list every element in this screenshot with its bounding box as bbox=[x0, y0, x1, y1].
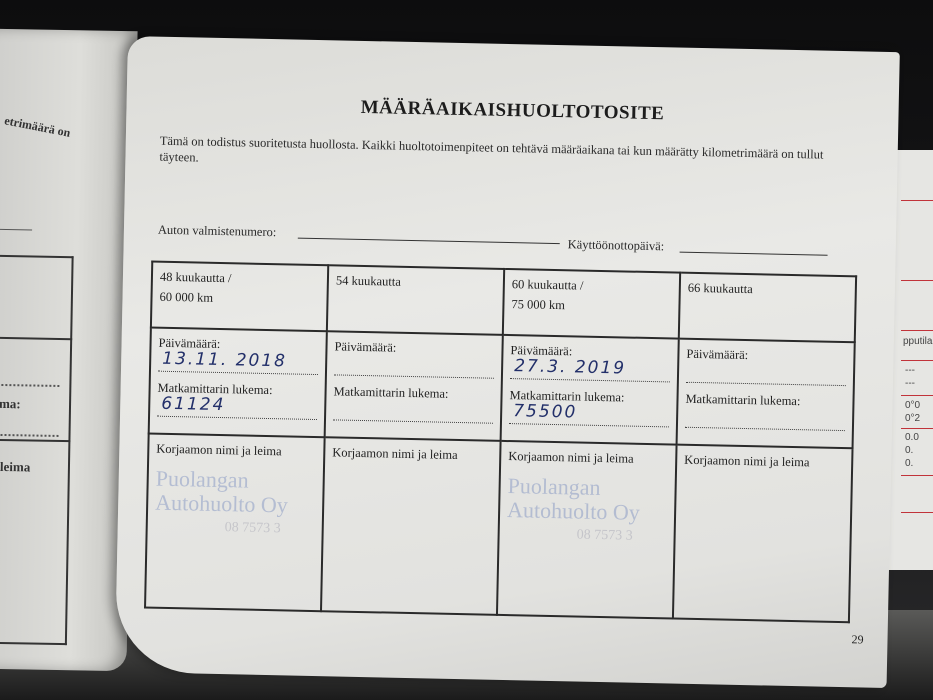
edge-text: 0.0 bbox=[905, 432, 919, 443]
workshop-stamp: Puolangan Autohuolto Oy 08 7573 3 bbox=[506, 474, 667, 549]
interval-cell: 54 kuukautta bbox=[327, 265, 504, 335]
edge-text: pputila bbox=[903, 336, 932, 347]
interval-km bbox=[688, 300, 848, 303]
workshop-label: Korjaamon nimi ja leima bbox=[156, 441, 316, 460]
edge-text: 0. bbox=[905, 445, 913, 456]
stamp-phone: 08 7573 3 bbox=[506, 522, 666, 549]
edge-text: --- bbox=[905, 365, 915, 376]
interval-text: 54 kuukautta bbox=[336, 272, 496, 291]
page-number: 29 bbox=[851, 632, 863, 647]
workshop-cell[interactable]: Korjaamon nimi ja leima Puolangan Autohu… bbox=[497, 441, 677, 619]
workshop-label: Korjaamon nimi ja leima bbox=[332, 444, 492, 463]
intro-text: Tämä on todistus suoritetusta huollosta.… bbox=[159, 133, 860, 180]
left-page-fragment: ma: bbox=[0, 396, 21, 412]
interval-cell: 48 kuukautta / 60 000 km bbox=[151, 262, 328, 332]
red-rule bbox=[901, 428, 933, 429]
interval-cell: 66 kuukautta bbox=[679, 273, 856, 343]
red-rule bbox=[901, 475, 933, 476]
red-rule bbox=[901, 512, 933, 513]
stamp-phone: 08 7573 3 bbox=[154, 515, 314, 542]
workshop-stamp: Puolangan Autohuolto Oy 08 7573 3 bbox=[154, 467, 315, 542]
service-booklet-page: MÄÄRÄAIKAISHUOLTOTOSITE Tämä on todistus… bbox=[115, 36, 900, 688]
interval-km: 60 000 km bbox=[159, 289, 319, 308]
record-cell: Päivämäärä: Matkamittarin lukema: bbox=[325, 331, 503, 441]
red-rule bbox=[901, 200, 933, 201]
edge-text: --- bbox=[905, 378, 915, 389]
red-rule bbox=[901, 395, 933, 396]
record-cell: Päivämäärä: Matkamittarin lukema: bbox=[677, 339, 855, 449]
vin-field[interactable] bbox=[298, 238, 560, 244]
handwritten-odometer: 75500 bbox=[513, 401, 577, 422]
interval-text: 60 kuukautta / bbox=[512, 276, 672, 295]
interval-km bbox=[336, 292, 496, 295]
odometer-field[interactable]: 75500 bbox=[509, 403, 669, 427]
edge-text: 0°2 bbox=[905, 413, 920, 424]
date-field[interactable] bbox=[686, 362, 846, 386]
left-page-fragment: leima bbox=[0, 459, 30, 476]
handwritten-date: 13.11. 2018 bbox=[162, 349, 287, 372]
workshop-label: Korjaamon nimi ja leima bbox=[684, 452, 844, 471]
date-field[interactable]: 13.11. 2018 bbox=[158, 351, 318, 375]
interval-text: 66 kuukautta bbox=[688, 280, 848, 299]
vin-label: Auton valmistenumero: bbox=[158, 223, 277, 240]
handwritten-odometer: 61124 bbox=[161, 394, 225, 415]
start-date-field[interactable] bbox=[680, 252, 828, 256]
handwritten-date: 27.3. 2019 bbox=[514, 356, 626, 378]
edge-text: 0°0 bbox=[905, 400, 920, 411]
stamp-line: Autohuolto Oy bbox=[155, 491, 315, 518]
interval-km: 75 000 km bbox=[511, 296, 671, 315]
record-cell: Päivämäärä: 27.3. 2019 Matkamittarin luk… bbox=[501, 335, 679, 445]
workshop-cell[interactable]: Korjaamon nimi ja leima bbox=[321, 437, 501, 615]
service-table: 48 kuukautta / 60 000 km 54 kuukautta 60… bbox=[144, 261, 857, 624]
interval-cell: 60 kuukautta / 75 000 km bbox=[503, 269, 680, 339]
odometer-field[interactable]: 61124 bbox=[157, 396, 317, 420]
stamp-line: Autohuolto Oy bbox=[507, 498, 667, 525]
workshop-cell[interactable]: Korjaamon nimi ja leima Puolangan Autohu… bbox=[145, 434, 325, 612]
workshop-cell[interactable]: Korjaamon nimi ja leima bbox=[673, 445, 853, 623]
red-rule bbox=[901, 360, 933, 361]
start-date-label: Käyttöönottopäivä: bbox=[568, 237, 665, 254]
interval-text: 48 kuukautta / bbox=[160, 269, 320, 288]
record-cell: Päivämäärä: 13.11. 2018 Matkamittarin lu… bbox=[149, 328, 327, 438]
odometer-field[interactable] bbox=[333, 399, 493, 423]
vehicle-info-row: Auton valmistenumero: Käyttöönottopäivä: bbox=[158, 223, 858, 258]
date-field[interactable] bbox=[334, 354, 494, 378]
left-page-fragment: etrimäärä on bbox=[3, 113, 72, 141]
record-row: Päivämäärä: 13.11. 2018 Matkamittarin lu… bbox=[149, 328, 855, 449]
workshop-row: Korjaamon nimi ja leima Puolangan Autohu… bbox=[145, 434, 852, 623]
date-field[interactable]: 27.3. 2019 bbox=[510, 358, 670, 382]
red-rule bbox=[901, 280, 933, 281]
left-page-table bbox=[0, 255, 74, 645]
red-rule bbox=[901, 330, 933, 331]
edge-text: 0. bbox=[905, 458, 913, 469]
left-page-line bbox=[0, 229, 32, 231]
odometer-field[interactable] bbox=[685, 407, 845, 431]
page-title: MÄÄRÄAIKAISHUOLTOTOSITE bbox=[126, 92, 898, 130]
workshop-label: Korjaamon nimi ja leima bbox=[508, 448, 668, 467]
